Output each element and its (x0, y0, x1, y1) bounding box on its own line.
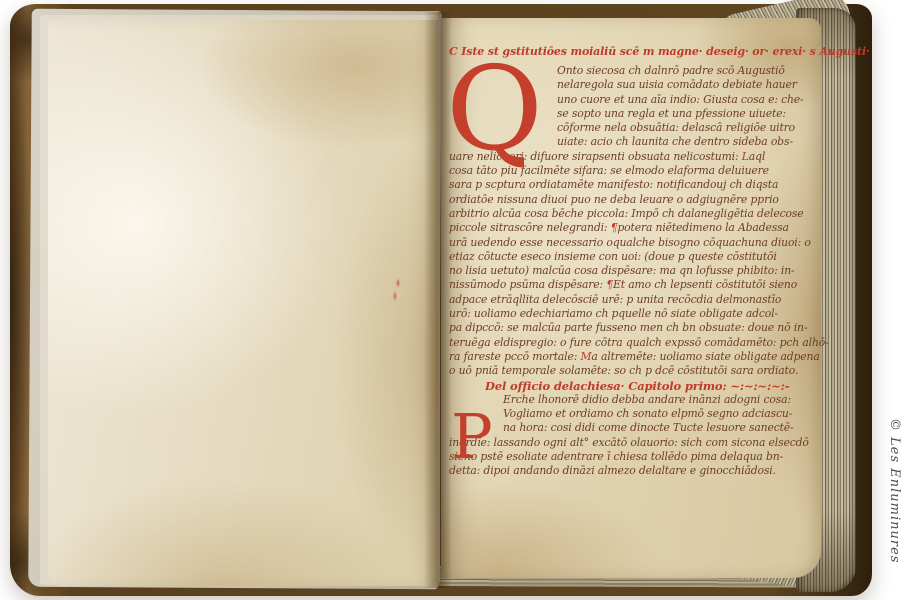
ink-text: inordīe: lassando ogni alt° excātō olauo… (449, 436, 809, 449)
chapter-rubric: Del officio delachiesa· Capitolo primo: … (485, 379, 819, 393)
manuscript-line: piccole sitrascōre nelegrandi: ¶potera n… (449, 221, 819, 235)
manuscript-line: nelaregola sua uisia comādato debiate ha… (557, 78, 819, 92)
ink-text: arbitrio alcūa cosa bēche piccola: Impō … (449, 207, 803, 220)
manuscript-line: teruēga eldispregio: o fure cōtra qualch… (449, 336, 819, 350)
manuscript-line: etiaz cōtucte eseco insieme con uoi: (do… (449, 250, 819, 264)
manuscript-line: uno cuore et una aīa indio: Giusta cosa … (557, 93, 819, 107)
ink-text: sieno pstē esoliate adentrare ī chiesa t… (449, 450, 783, 463)
manuscript-line: inordīe: lassando ogni alt° excātō olauo… (449, 436, 819, 450)
ink-text: adpace etrāqllita delecōsciē urē: p unit… (449, 293, 781, 306)
manuscript-line: ra fareste pccō mortale: Ma altremēte: u… (449, 350, 819, 364)
text-column: C Iste st gstitutiōes moialiū scē m magn… (449, 44, 819, 479)
chapter-full-block: inordīe: lassando ogni alt° excātō olauo… (449, 436, 819, 479)
chapter-indented-block: Erche lhonorē didio debba andare inānzi … (449, 393, 819, 436)
manuscript-line: Erche lhonorē didio debba andare inānzi … (503, 393, 819, 407)
ink-text: uiate: acio ch launita che dentro sideba… (557, 135, 793, 148)
ink-text: sara p scptura ordiatamēte manifesto: no… (449, 178, 778, 191)
manuscript-line: na hora: cosi didi come dinocte Tucte le… (503, 421, 819, 435)
illuminated-initial-p: P (451, 410, 493, 464)
manuscript-line: Vogliamo et ordiamo ch sonato elpmō segn… (503, 407, 819, 421)
ink-text: no lisia uetuto) malcūa cosa dispēsare: … (449, 264, 795, 277)
gutter-shadow (424, 12, 452, 588)
manuscript-line: no lisia uetuto) malcūa cosa dispēsare: … (449, 264, 819, 278)
manuscript-line: adpace etrāqllita delecōsciē urē: p unit… (449, 293, 819, 307)
ink-text: na hora: cosi didi come dinocte Tucte le… (503, 421, 794, 434)
manuscript-line: urā uedendo esse necessario oqualche bis… (449, 236, 819, 250)
ink-text: Erche lhonorē didio debba andare inānzi … (503, 393, 791, 406)
illuminated-initial-q: Q (446, 60, 543, 160)
rubricated-text: M (581, 350, 592, 363)
ink-text: urō: uoliamo edechiariamo ch pquelle nō … (449, 307, 778, 320)
ink-text: piccole sitrascōre nelegrandi: (449, 221, 611, 234)
manuscript-line: Onto siecosa ch dalnrō padre scō Augusti… (557, 64, 819, 78)
manuscript-line: cōforme nela obsuātia: delascā religiōe … (557, 121, 819, 135)
ink-text: a altremēte: uoliamo siate obligate adpe… (591, 350, 819, 363)
ink-text: Onto siecosa ch dalnrō padre scō Augusti… (557, 64, 785, 77)
ink-text: teruēga eldispregio: o fure cōtra qualch… (449, 336, 829, 349)
manuscript-line: nissūmodo psūma dispēsare: ¶Et amo ch le… (449, 278, 819, 292)
ink-text: cōforme nela obsuātia: delascā religiōe … (557, 121, 795, 134)
ink-text: se sopto una regla et una pfessione uiue… (557, 107, 786, 120)
manuscript-line: arbitrio alcūa cosa bēche piccola: Impō … (449, 207, 819, 221)
manuscript-line: se sopto una regla et una pfessione uiue… (557, 107, 819, 121)
left-page-blank (48, 20, 438, 586)
ink-text: etiaz cōtucte eseco insieme con uoi: (do… (449, 250, 777, 263)
manuscript-photo: C Iste st gstitutiōes moialiū scē m magn… (0, 0, 910, 600)
ink-text: pa dipccō: se malcūa parte fusseno men c… (449, 321, 807, 334)
ink-text: Vogliamo et ordiamo ch sonato elpmō segn… (503, 407, 792, 420)
ink-text: nissūmodo psūma dispēsare: (449, 278, 606, 291)
red-offset-smudge (392, 278, 402, 304)
manuscript-line: pa dipccō: se malcūa parte fusseno men c… (449, 321, 819, 335)
ink-text: urā uedendo esse necessario oqualche bis… (449, 236, 811, 249)
ink-text: ordiatōe nissuna diuoi puo ne deba leuar… (449, 193, 779, 206)
manuscript-line: o uō pniā temporale solamēte: so ch p dc… (449, 364, 819, 378)
manuscript-line: detta: dipoi andando dināzi almezo delal… (449, 464, 819, 478)
ink-text: nelaregola sua uisia comādato debiate ha… (557, 78, 797, 91)
manuscript-line: ordiatōe nissuna diuoi puo ne deba leuar… (449, 193, 819, 207)
ink-text: Et amo ch lepsenti cōstitutōi sieno (613, 278, 797, 291)
ink-text: aql (749, 150, 765, 163)
manuscript-line: urō: uoliamo edechiariamo ch pquelle nō … (449, 307, 819, 321)
ink-text: detta: dipoi andando dināzi almezo delal… (449, 464, 776, 477)
manuscript-line: uiate: acio ch launita che dentro sideba… (557, 135, 819, 149)
opening-full-block: uare nelicuori: difuore sirapsenti obsua… (449, 150, 819, 379)
ink-text: ra fareste pccō mortale: (449, 350, 581, 363)
ink-text: potera niētedimeno la Abadessa (617, 221, 788, 234)
ink-text: o uō pniā temporale solamēte: so ch p dc… (449, 364, 798, 377)
ink-text: uno cuore et una aīa indio: Giusta cosa … (557, 93, 804, 106)
photo-credit: © Les Enluminures (886, 418, 902, 588)
manuscript-line: sara p scptura ordiatamēte manifesto: no… (449, 178, 819, 192)
rubricated-text: L (742, 150, 749, 163)
manuscript-line: sieno pstē esoliate adentrare ī chiesa t… (449, 450, 819, 464)
right-page: C Iste st gstitutiōes moialiū scē m magn… (441, 18, 821, 578)
